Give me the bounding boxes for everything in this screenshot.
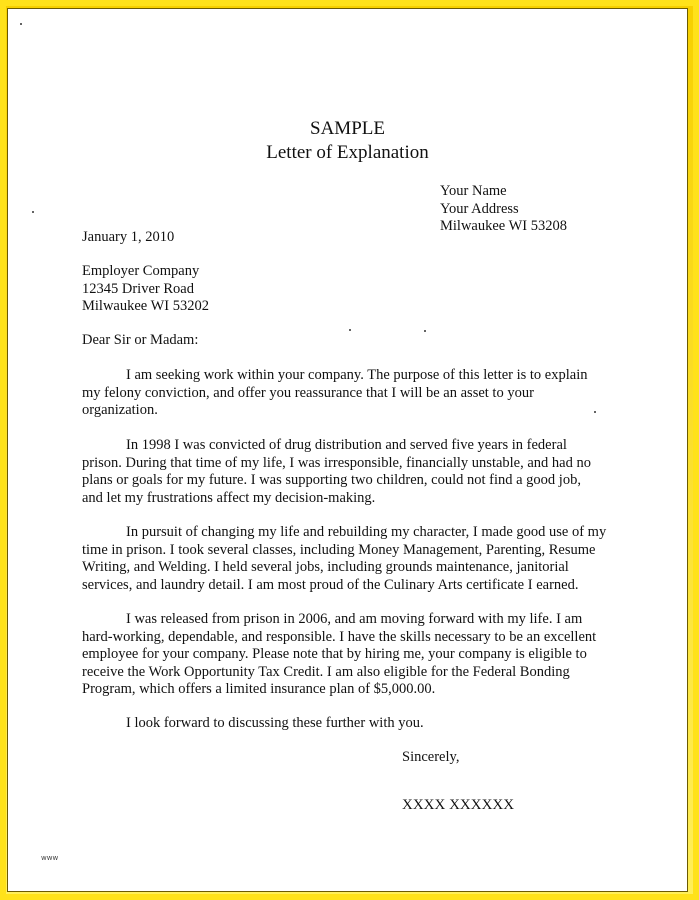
recipient-block: Employer Company 12345 Driver Road Milwa…: [82, 263, 209, 316]
paragraph-line: receive the Work Opportunity Tax Credit.…: [82, 664, 612, 682]
paragraph-line: I look forward to discussing these furth…: [82, 715, 612, 733]
paragraph-2: In 1998 I was convicted of drug distribu…: [82, 437, 612, 507]
paragraph-line: I was released from prison in 2006, and …: [82, 611, 612, 629]
salutation: Dear Sir or Madam:: [82, 332, 198, 350]
paragraph-line: employee for your company. Please note t…: [82, 646, 612, 664]
recipient-company: Employer Company: [82, 263, 209, 281]
paragraph-line: plans or goals for my future. I was supp…: [82, 472, 612, 490]
signature: XXXX XXXXXX: [402, 797, 514, 815]
paragraph-line: Writing, and Welding. I held several job…: [82, 559, 612, 577]
paragraph-line: services, and laundry detail. I am most …: [82, 577, 612, 595]
speck: [20, 23, 22, 25]
speck: [32, 211, 34, 213]
closing: Sincerely,: [402, 749, 459, 767]
paragraph-line: organization.: [82, 402, 612, 420]
speck: [349, 329, 351, 331]
recipient-city: Milwaukee WI 53202: [82, 298, 209, 316]
sender-name: Your Name: [440, 183, 567, 201]
letter-page: SAMPLE Letter of Explanation Your Name Y…: [7, 8, 688, 892]
paragraph-line: time in prison. I took several classes, …: [82, 542, 612, 560]
paragraph-line: and let my frustrations affect my decisi…: [82, 490, 612, 508]
paragraph-3: In pursuit of changing my life and rebui…: [82, 524, 612, 594]
paragraph-line: I am seeking work within your company. T…: [82, 367, 612, 385]
speck: [424, 330, 426, 332]
title-subtitle: Letter of Explanation: [8, 141, 687, 165]
sender-address: Your Address: [440, 201, 567, 219]
paragraph-line: prison. During that time of my life, I w…: [82, 455, 612, 473]
paragraph-line: my felony conviction, and offer you reas…: [82, 385, 612, 403]
paragraph-1: I am seeking work within your company. T…: [82, 367, 612, 420]
paragraph-line: In 1998 I was convicted of drug distribu…: [82, 437, 612, 455]
recipient-street: 12345 Driver Road: [82, 281, 209, 299]
letter-date: January 1, 2010: [82, 229, 174, 247]
paragraph-line: In pursuit of changing my life and rebui…: [82, 524, 612, 542]
title-sample: SAMPLE: [8, 117, 687, 141]
paragraph-4: I was released from prison in 2006, and …: [82, 611, 612, 699]
paragraph-5: I look forward to discussing these furth…: [82, 715, 612, 733]
sender-city: Milwaukee WI 53208: [440, 218, 567, 236]
sender-block: Your Name Your Address Milwaukee WI 5320…: [440, 183, 567, 236]
watermark: www: [41, 854, 58, 862]
paragraph-line: hard-working, dependable, and responsibl…: [82, 629, 612, 647]
paragraph-line: Program, which offers a limited insuranc…: [82, 681, 612, 699]
letter-title: SAMPLE Letter of Explanation: [8, 117, 687, 165]
